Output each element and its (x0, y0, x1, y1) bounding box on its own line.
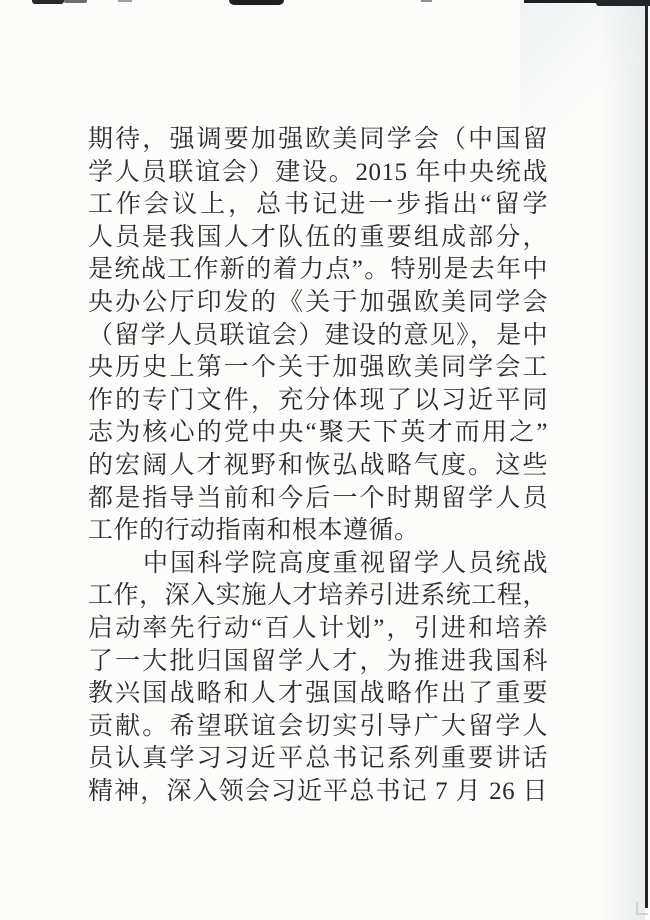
scan-edge-line-right (645, 0, 648, 908)
scan-smudge-top-faint (421, 0, 432, 2)
text-line: 都是指导当前和今后一个时期留学人员 (88, 483, 548, 516)
text-line: 贡献。希望联谊会切实引导广大留学人 (88, 711, 548, 744)
text-line: 志为核心的党中央“聚天下英才而用之” (88, 417, 548, 450)
text-line: 央办公厅印发的《关于加强欧美同学会 (88, 287, 548, 320)
text-line: 启动率先行动“百人计划”，引进和培养 (88, 613, 548, 646)
text-line: 人员是我国人才队伍的重要组成部分， (88, 222, 548, 255)
text-line: 工作，深入实施人才培养引进系统工程， (88, 580, 548, 613)
text-line: 了一大批归国留学人才，为推进我国科 (88, 646, 548, 679)
scanned-page: 期待，强调要加强欧美同学会（中国留学人员联谊会）建设。2015 年中央统战工作会… (0, 0, 650, 920)
text-line: 是统战工作新的着力点”。特别是去年中 (88, 254, 548, 287)
text-line: 教兴国战略和人才强国战略作出了重要 (88, 678, 548, 711)
scan-band-top-right-1 (524, 0, 650, 3)
scan-band-top-right-2 (596, 0, 650, 6)
text-line: 期待，强调要加强欧美同学会（中国留 (88, 124, 548, 157)
scan-smudge-top-left-3 (118, 0, 132, 2)
text-line: 作的专门文件，充分体现了以习近平同 (88, 385, 548, 418)
document-text: 期待，强调要加强欧美同学会（中国留学人员联谊会）建设。2015 年中央统战工作会… (88, 124, 548, 808)
text-line: 工作的行动指南和根本遵循。 (88, 515, 548, 548)
scan-smudge-top-center (229, 0, 284, 5)
text-line: 工作会议上，总书记进一步指出“留学 (88, 189, 548, 222)
scan-smudge-top-left-2 (64, 0, 87, 3)
text-line: 的宏阔人才视野和恢弘战略气度。这些 (88, 450, 548, 483)
scan-smudge-top-left-1 (32, 0, 64, 4)
text-line: 央历史上第一个关于加强欧美同学会工 (88, 352, 548, 385)
scan-notch-bottom-right (636, 902, 648, 915)
scan-shadow-right-edge (600, 0, 645, 920)
text-line: 员认真学习习近平总书记系列重要讲话 (88, 743, 548, 776)
text-line: 学人员联谊会）建设。2015 年中央统战 (88, 157, 548, 190)
scan-corner-tint-top-right (520, 0, 650, 130)
text-line: 中国科学院高度重视留学人员统战 (88, 548, 548, 581)
text-line: （留学人员联谊会）建设的意见》，是中 (88, 320, 548, 353)
text-line: 精神，深入领会习近平总书记 7 月 26 日 (88, 776, 548, 809)
